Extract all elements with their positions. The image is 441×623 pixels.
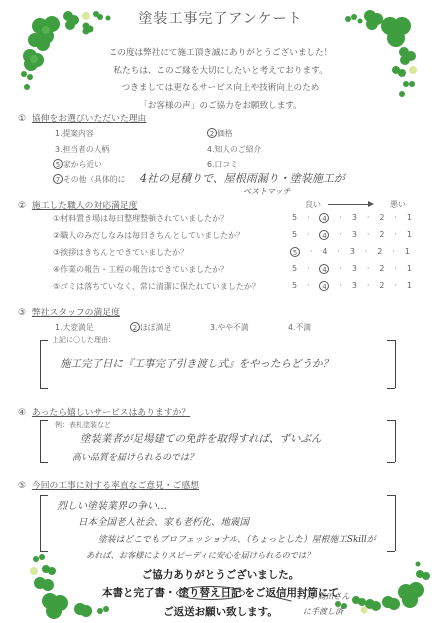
q2-item-2-rating[interactable]: 5·4·3·2·1 xyxy=(292,230,412,240)
q4-example: 例：表札塗装など xyxy=(55,420,111,430)
bracket-left-bottom xyxy=(40,388,48,389)
arrow-head-icon xyxy=(368,201,374,207)
q2-item-4-rating[interactable]: 5·4·3·2·1 xyxy=(292,264,412,274)
bracket-right xyxy=(395,495,396,551)
bracket-right xyxy=(395,420,396,462)
q2-item-1: ①材料置き場は毎日整理整頓されていましたか？ xyxy=(53,213,228,224)
q2-item-2: ②職人のみだしなみは毎日きちんとしていましたか？ xyxy=(53,230,244,241)
q1-option-5[interactable]: 5家から近い xyxy=(53,159,102,170)
bracket-right-bottom xyxy=(387,551,395,552)
bracket-left xyxy=(40,340,41,388)
intro-message: この度は弊社にて施工頂き誠にありがとうございました！ 私たちは、このご縁を大切に… xyxy=(0,45,441,115)
q1-option-3[interactable]: 3.担当者の人柄 xyxy=(55,144,109,155)
q2-item-5: ⑤ゴミは落ちていなく、常に清潔に保たれていましたか？ xyxy=(53,281,260,292)
bracket-left xyxy=(40,495,41,551)
bracket-right-top xyxy=(387,340,395,341)
q3-option-2[interactable]: 2ほぼ満足 xyxy=(130,322,171,333)
circled-choice-mark: 7 xyxy=(53,174,63,184)
q4-handwritten-line1[interactable]: 塗装業者が足場建ての免許を取得すれば、ずいぶん xyxy=(80,431,322,446)
q1-label: 協伸をお選びいただいた理由 xyxy=(32,114,146,124)
bracket-left-bottom xyxy=(40,551,48,552)
q1-option-4[interactable]: 4.知人のご紹介 xyxy=(207,144,261,155)
q3-reason-label: 上記に〇した理由： xyxy=(52,335,115,345)
bracket-right xyxy=(395,340,396,388)
q3-reason-handwritten[interactable]: 施工完了日に『工事完了引き渡し式』をやったらどうか？ xyxy=(60,356,333,371)
q1-option-7[interactable]: 7その他（具体的に xyxy=(53,174,125,185)
q5-handwritten-line2[interactable]: 日本全国老人社会、家も老朽化、地震国 xyxy=(78,514,249,528)
q1-handwritten-answer-line1: 4社の見積りで、屋根雨漏り・塗装施工が xyxy=(140,170,345,186)
closing-return-instructions: 本書と完了書・塗り替え日記をご返信用封筒にて xyxy=(0,585,441,600)
q2-number: ② xyxy=(18,201,26,211)
closing-request: ご返送お願い致します。 xyxy=(0,604,441,619)
q2-item-4: ④作業の報告・工程の報告はできていましたか？ xyxy=(53,264,228,275)
q5-handwritten-line3[interactable]: 塗装はどこでもプロフェッショナル、（ちょっとした）屋根施工Skillが xyxy=(98,532,376,545)
q5-handwritten-line4[interactable]: あれば、お客様によりスピーディに安心を届けられるのでは？ xyxy=(86,550,314,561)
intro-line: 私たちは、このご縁を大切にしたいと考えております。 xyxy=(0,63,441,81)
circled-choice-mark: 2 xyxy=(207,128,217,138)
handwritten-note-line1: 11/4 高田さん xyxy=(297,591,350,602)
q3-option-4[interactable]: 4.不満 xyxy=(288,322,311,333)
scale-good-label: 良い xyxy=(305,199,321,210)
q1-handwritten-answer-line2: ベストマッチ xyxy=(243,186,291,197)
q3-label: 弊社スタッフの満足度 xyxy=(32,308,120,318)
q2-heading: ②施工した職人の対応満足度 xyxy=(18,198,137,211)
q5-handwritten-line1[interactable]: 烈しい塗装業界の争い… xyxy=(57,497,167,512)
q5-label: 今回の工事に対する率直なご意見・ご感想 xyxy=(32,481,199,491)
q1-number: ① xyxy=(18,114,26,124)
handwritten-note-line2: に手渡し済 xyxy=(303,606,343,617)
bracket-right-bottom xyxy=(387,462,395,463)
bracket-left-top xyxy=(40,420,48,421)
q1-option-2[interactable]: 2価格 xyxy=(207,128,233,139)
q4-heading: ④あったら嬉しいサービスはありますか？ xyxy=(18,405,190,418)
q1-heading: ①協伸をお選びいただいた理由 xyxy=(18,111,146,124)
q1-option-1[interactable]: 1.提案内容 xyxy=(55,128,94,139)
q5-number: ⑤ xyxy=(18,481,26,491)
q2-item-1-rating[interactable]: 5·4·3·2·1 xyxy=(292,213,412,223)
bracket-right-top xyxy=(387,420,395,421)
circled-diary-text: 塗り替え日記 xyxy=(176,586,245,600)
intro-line: つきましては更なるサービス向上や技術向上のため xyxy=(0,80,441,98)
q2-item-3-rating[interactable]: 5·4·3·2·1 xyxy=(290,247,410,257)
closing-thanks: ご協力ありがとうございました。 xyxy=(0,567,441,582)
page-title: 塗装工事完了アンケート xyxy=(0,8,441,28)
q3-number: ③ xyxy=(18,308,26,318)
q2-item-3: ③挨拶はきちんとできていましたか？ xyxy=(53,247,188,258)
circled-choice-mark: 5 xyxy=(53,159,63,169)
q3-heading: ③弊社スタッフの満足度 xyxy=(18,305,120,318)
intro-line: この度は弊社にて施工頂き誠にありがとうございました！ xyxy=(0,45,441,63)
bracket-right-top xyxy=(387,495,395,496)
bracket-left-top xyxy=(40,340,48,341)
q1-option-6[interactable]: 6.口コミ xyxy=(207,159,238,170)
bracket-left-top xyxy=(40,495,48,496)
circled-choice-mark: 2 xyxy=(130,322,140,332)
q4-label: あったら嬉しいサービスはありますか？ xyxy=(32,408,190,418)
q2-label: 施工した職人の対応満足度 xyxy=(32,201,138,211)
scale-bad-label: 悪い xyxy=(390,199,406,210)
q3-option-3[interactable]: 3.やや不満 xyxy=(210,322,249,333)
q3-option-1[interactable]: 1.大変満足 xyxy=(55,322,94,333)
bracket-left xyxy=(40,420,41,462)
q4-handwritten-line2[interactable]: 高い品質を届けられるのでは？ xyxy=(72,450,198,463)
q5-heading: ⑤今回の工事に対する率直なご意見・ご感想 xyxy=(18,478,199,491)
q2-item-5-rating[interactable]: 5·4·3·2·1 xyxy=(292,281,412,291)
bracket-left-bottom xyxy=(40,462,48,463)
q4-number: ④ xyxy=(18,408,26,418)
scale-arrow-icon xyxy=(328,204,370,205)
bracket-right-bottom xyxy=(387,388,395,389)
